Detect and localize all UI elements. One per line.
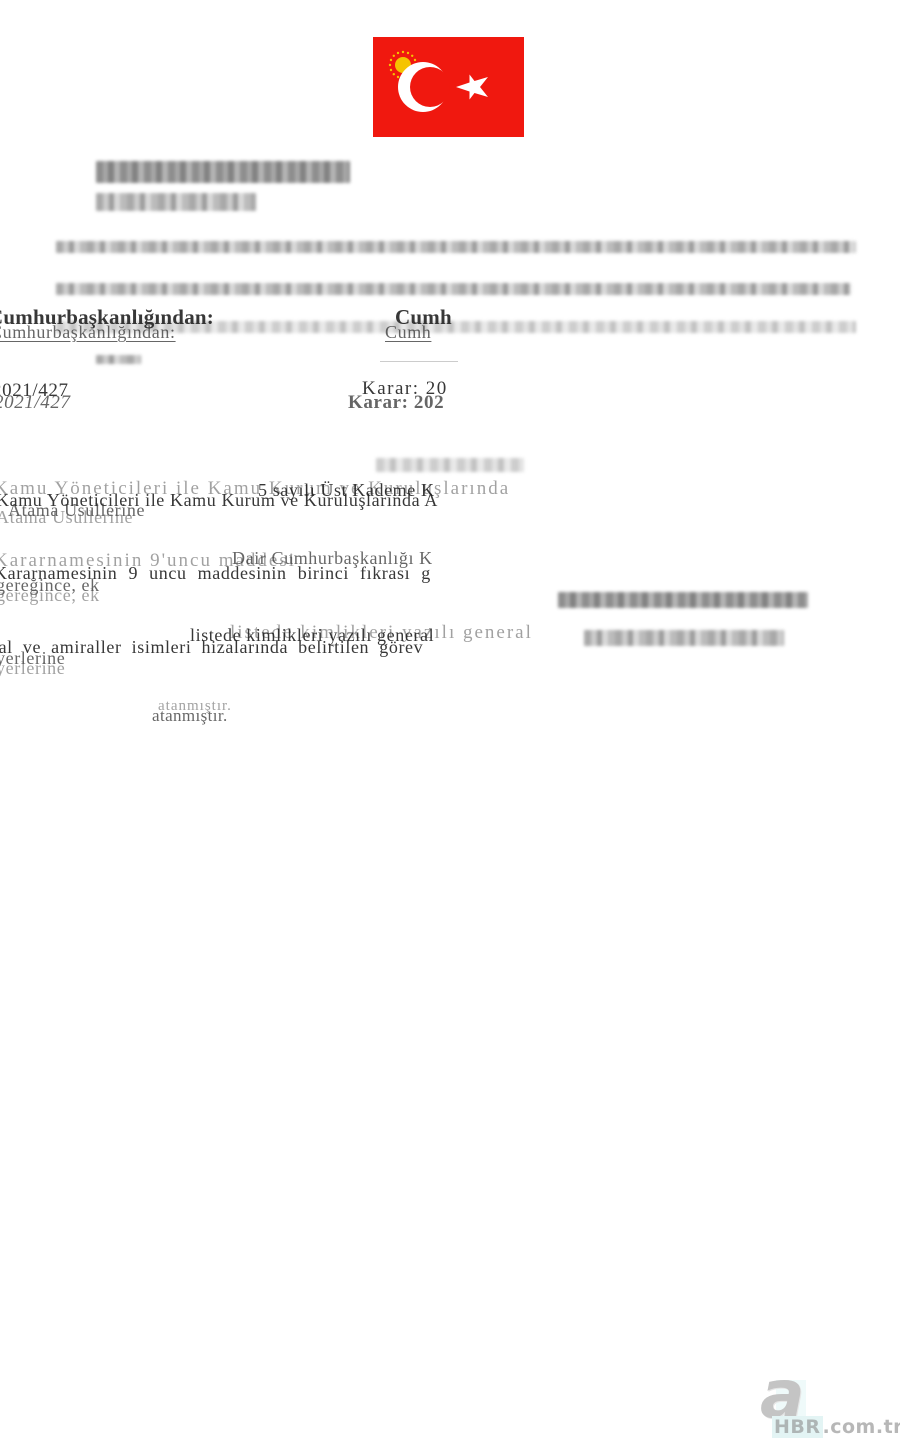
decision-number-overlay-b: 2021/427 [0, 392, 71, 414]
para3-overlay-e: yerlerine [0, 658, 65, 679]
blurred-signatory-name [558, 592, 808, 608]
blurred-line-1 [56, 241, 856, 253]
issuer-overlay-b: Cumhurbaşkanlığından: [0, 322, 176, 343]
blurred-issuer-heading [96, 161, 350, 183]
issuer-right-overlay-b: Cumh [385, 322, 457, 343]
turkish-flag-emblem [373, 37, 524, 137]
blurred-line-2 [56, 283, 851, 295]
site-watermark: a HBR.com.tr [752, 1372, 898, 1440]
blurred-signatory-title [584, 630, 784, 646]
blurred-decision-number [96, 193, 256, 211]
blurred-date [376, 458, 524, 472]
watermark-domain: HBR.com.tr [772, 1416, 900, 1438]
para2-overlay-e: gereğince, ek [0, 585, 100, 606]
blurred-line-4 [96, 355, 141, 364]
watermark-brand: HBR [772, 1416, 823, 1438]
crescent-star-icon [373, 37, 524, 137]
para3-overlay-c: ral ve amiraller isimleri hizalarında be… [0, 637, 458, 658]
closing-overlay-b: atanmıştır. [152, 706, 228, 726]
divider [380, 361, 458, 362]
decision-label-overlay-b: Karar: 202 [348, 392, 458, 414]
para1-overlay-e: Atama Usullerine [0, 507, 133, 528]
watermark-tld: .com.tr [823, 1416, 900, 1438]
